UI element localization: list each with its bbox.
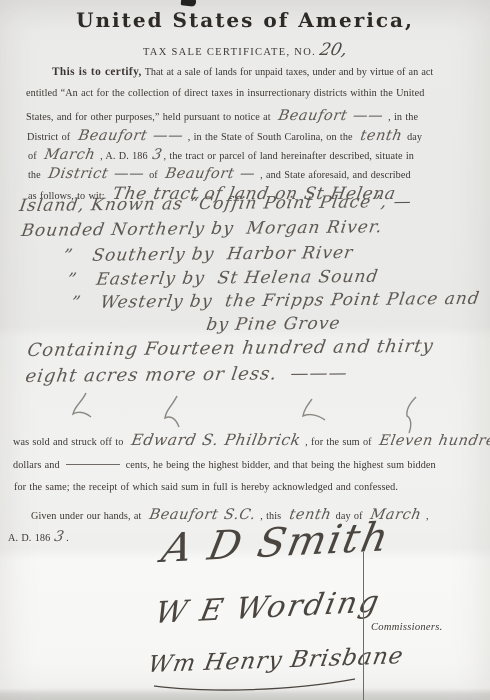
document-title: United States of America, (0, 8, 490, 32)
body-text: States, and for other purposes,” held pu… (26, 112, 271, 123)
handwritten-line: by Pine Grove (205, 314, 342, 335)
body-text: That at a sale of lands for unpaid taxes… (145, 67, 434, 78)
handwritten-sale-year-digit: 3 (148, 147, 167, 163)
handwritten-district: Beaufort —— (74, 128, 188, 144)
body-text: , in the (388, 112, 418, 123)
commissioners-brace-line (363, 552, 364, 700)
body-text: for the same; the receipt of which said … (14, 482, 398, 493)
body-line: for the same; the receipt of which said … (14, 482, 398, 493)
handwritten-line: Containing Fourteen hundred and thirty (26, 336, 435, 361)
body-text: , (426, 511, 429, 522)
body-text: of (28, 151, 37, 162)
body-text: day (407, 132, 422, 143)
body-line: This is to certify, That at a sale of la… (52, 66, 433, 78)
scan-artifact-mark (181, 0, 197, 7)
signature-brisbane: Wm Henry Brisbane (146, 643, 406, 678)
body-text: District of (27, 132, 70, 143)
body-text: , in the State of South Carolina, on the (188, 132, 353, 143)
pen-flourish (158, 393, 188, 433)
body-line: A. D. 1863. (8, 529, 69, 545)
handwritten-district-2: Beaufort — (161, 166, 260, 182)
handwritten-year-digit: 3 (50, 529, 69, 545)
body-text: A. D. 186 (8, 533, 50, 544)
body-text: , and State aforesaid, and described (260, 170, 411, 181)
commissioners-label: Commissioners. (371, 622, 443, 633)
handwritten-line: ” Easterly by St Helena Sound (66, 267, 380, 290)
signature-wording: W E Wording (152, 584, 384, 631)
certificate-number: 20, (318, 40, 349, 60)
handwritten-purchaser: Edward S. Philbrick (127, 431, 305, 449)
body-text: , the tract or parcel of land hereinafte… (164, 151, 414, 162)
tax-sale-certificate-document: United States of America, TAX SALE CERTI… (0, 0, 490, 700)
body-text: , for the sum of (305, 437, 372, 448)
body-line: the District —— of Beaufort — , and Stat… (28, 166, 411, 182)
ditto-mark: ” (70, 293, 83, 313)
handwritten-district-word: District —— (44, 166, 149, 182)
handwritten-line: ” Southerly by Harbor River (62, 243, 355, 266)
handwritten-line: ” Westerly by the Fripps Point Place and (70, 289, 481, 313)
pen-flourish (294, 396, 328, 432)
body-line: District of Beaufort —— , in the State o… (27, 128, 422, 144)
handwritten-sale-day: tenth (356, 128, 407, 144)
body-text: Given under our hands, at (31, 511, 141, 522)
handwritten-boundary-east: Easterly by St Helena Sound (95, 267, 380, 290)
ditto-mark: ” (66, 270, 79, 290)
certify-opening: This is to certify, (52, 66, 142, 78)
body-text: , A. D. 186 (100, 151, 148, 162)
handwritten-boundary-south: Southerly by Harbor River (91, 243, 355, 266)
handwritten-amount: Eleven hundred & fifty (375, 433, 490, 449)
body-text: entitled “An act for the collection of d… (26, 88, 424, 99)
handwritten-line: eight acres more or less. ——— (24, 363, 349, 387)
form-title: TAX SALE CERTIFICATE, NO. (143, 47, 316, 58)
body-text: dollars and (13, 460, 60, 471)
ditto-mark: ” (62, 246, 75, 266)
signature-underline-flourish (150, 676, 360, 692)
body-text: cents, he being the highest bidder, and … (126, 460, 436, 471)
handwritten-sale-month: March (40, 147, 100, 163)
pen-flourish (398, 394, 424, 436)
body-line: was sold and struck off to Edward S. Phi… (13, 431, 490, 449)
body-text: the (28, 170, 41, 181)
handwritten-line: Bounded Northerly by Morgan River. (20, 217, 384, 241)
blank-cents-stroke (66, 454, 120, 465)
pen-flourish (66, 390, 96, 428)
handwritten-notice-place: Beaufort —— (274, 108, 388, 124)
body-line: States, and for other purposes,” held pu… (26, 108, 418, 124)
body-line: dollars andcents, he being the highest b… (13, 457, 436, 471)
body-text: of (149, 170, 158, 181)
body-line: of March , A. D. 1863, the tract or parc… (28, 147, 414, 163)
form-title-line: TAX SALE CERTIFICATE, NO.20, (0, 40, 490, 60)
handwritten-boundary-west: Westerly by the Fripps Point Place and (99, 289, 481, 313)
body-line: entitled “An act for the collection of d… (26, 88, 424, 99)
handwritten-line: Island, Known as “Coffin Point Place”, — (18, 192, 413, 216)
handwritten-signing-place: Beaufort S.C. (145, 507, 260, 523)
body-text: was sold and struck off to (13, 437, 123, 448)
